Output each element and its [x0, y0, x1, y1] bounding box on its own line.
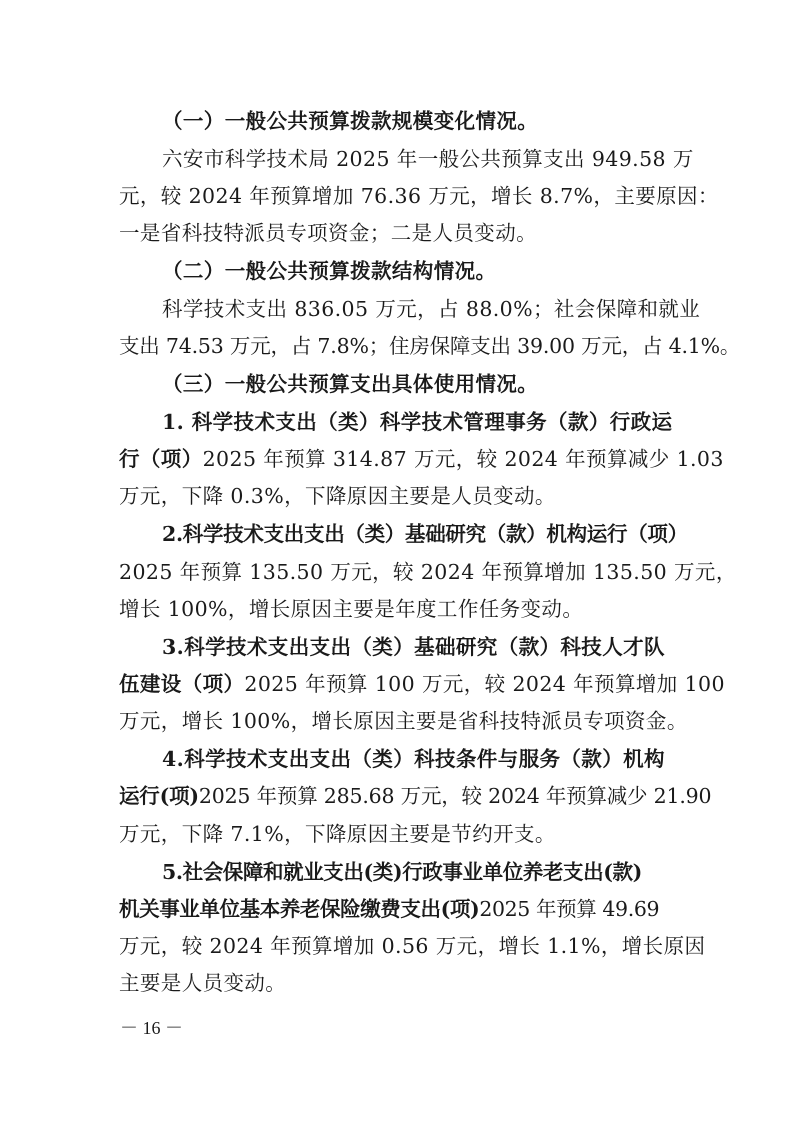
- item-3-line-3: 万元，增长 100%，增长原因主要是省科技特派员专项资金。: [119, 707, 793, 735]
- item-5-line-2: 机关事业单位基本养老保险缴费支出(项)2025 年预算 49.69: [119, 895, 793, 923]
- section-heading-2: （二）一般公共预算拨款结构情况。: [162, 257, 793, 285]
- item-5-title-cont: 机关事业单位基本养老保险缴费支出(项): [119, 897, 479, 921]
- item-4-title: 4.科学技术支出支出（类）科技条件与服务（款）机构: [162, 745, 793, 773]
- paragraph-line: 科学技术支出 836.05 万元，占 88.0%；社会保障和就业: [162, 295, 793, 323]
- item-5-title: 5.社会保障和就业支出(类)行政事业单位养老支出(款): [162, 858, 793, 886]
- item-2-line-3: 增长 100%，增长原因主要是年度工作任务变动。: [119, 595, 793, 623]
- item-4-title-cont: 运行(项): [119, 784, 199, 808]
- section-heading-3: （三）一般公共预算支出具体使用情况。: [162, 370, 793, 398]
- item-4-line-2: 运行(项)2025 年预算 285.68 万元，较 2024 年预算减少 21.…: [119, 782, 793, 810]
- item-1-title: 1. 科学技术支出（类）科学技术管理事务（款）行政运: [162, 408, 793, 436]
- item-1-line-2: 行（项）2025 年预算 314.87 万元，较 2024 年预算减少 1.03: [119, 445, 793, 473]
- paragraph-line: 元，较 2024 年预算增加 76.36 万元，增长 8.7%，主要原因：: [119, 182, 793, 210]
- item-3-line-2: 伍建设（项）2025 年预算 100 万元，较 2024 年预算增加 100: [119, 670, 793, 698]
- item-2-title: 2.科学技术支出支出（类）基础研究（款）机构运行（项）: [162, 520, 793, 548]
- item-5-text: 2025 年预算 49.69: [479, 897, 659, 921]
- item-3-title-cont: 伍建设（项）: [119, 672, 244, 696]
- item-5-line-4: 主要是人员变动。: [119, 969, 793, 997]
- document-page: （一）一般公共预算拨款规模变化情况。 六安市科学技术局 2025 年一般公共预算…: [0, 0, 793, 1122]
- item-1-title-cont: 行（项）: [119, 447, 203, 471]
- paragraph-line: 支出 74.53 万元，占 7.8%；住房保障支出 39.00 万元，占 4.1…: [119, 332, 793, 360]
- item-5-line-3: 万元，较 2024 年预算增加 0.56 万元，增长 1.1%，增长原因: [119, 932, 793, 960]
- item-3-title: 3.科学技术支出支出（类）基础研究（款）科技人才队: [162, 633, 793, 661]
- item-2-line-2: 2025 年预算 135.50 万元，较 2024 年预算增加 135.50 万…: [119, 558, 793, 586]
- item-1-line-3: 万元，下降 0.3%，下降原因主要是人员变动。: [119, 482, 793, 510]
- page-number: － 16 －: [120, 1014, 183, 1040]
- item-4-line-3: 万元，下降 7.1%，下降原因主要是节约开支。: [119, 820, 793, 848]
- paragraph-line: 六安市科学技术局 2025 年一般公共预算支出 949.58 万: [162, 145, 793, 173]
- item-1-text: 2025 年预算 314.87 万元，较 2024 年预算减少 1.03: [203, 447, 724, 471]
- paragraph-line: 一是省科技特派员专项资金；二是人员变动。: [119, 219, 793, 247]
- item-4-text: 2025 年预算 285.68 万元，较 2024 年预算减少 21.90: [199, 784, 711, 808]
- section-heading-1: （一）一般公共预算拨款规模变化情况。: [162, 107, 793, 135]
- item-3-text: 2025 年预算 100 万元，较 2024 年预算增加 100: [244, 672, 725, 696]
